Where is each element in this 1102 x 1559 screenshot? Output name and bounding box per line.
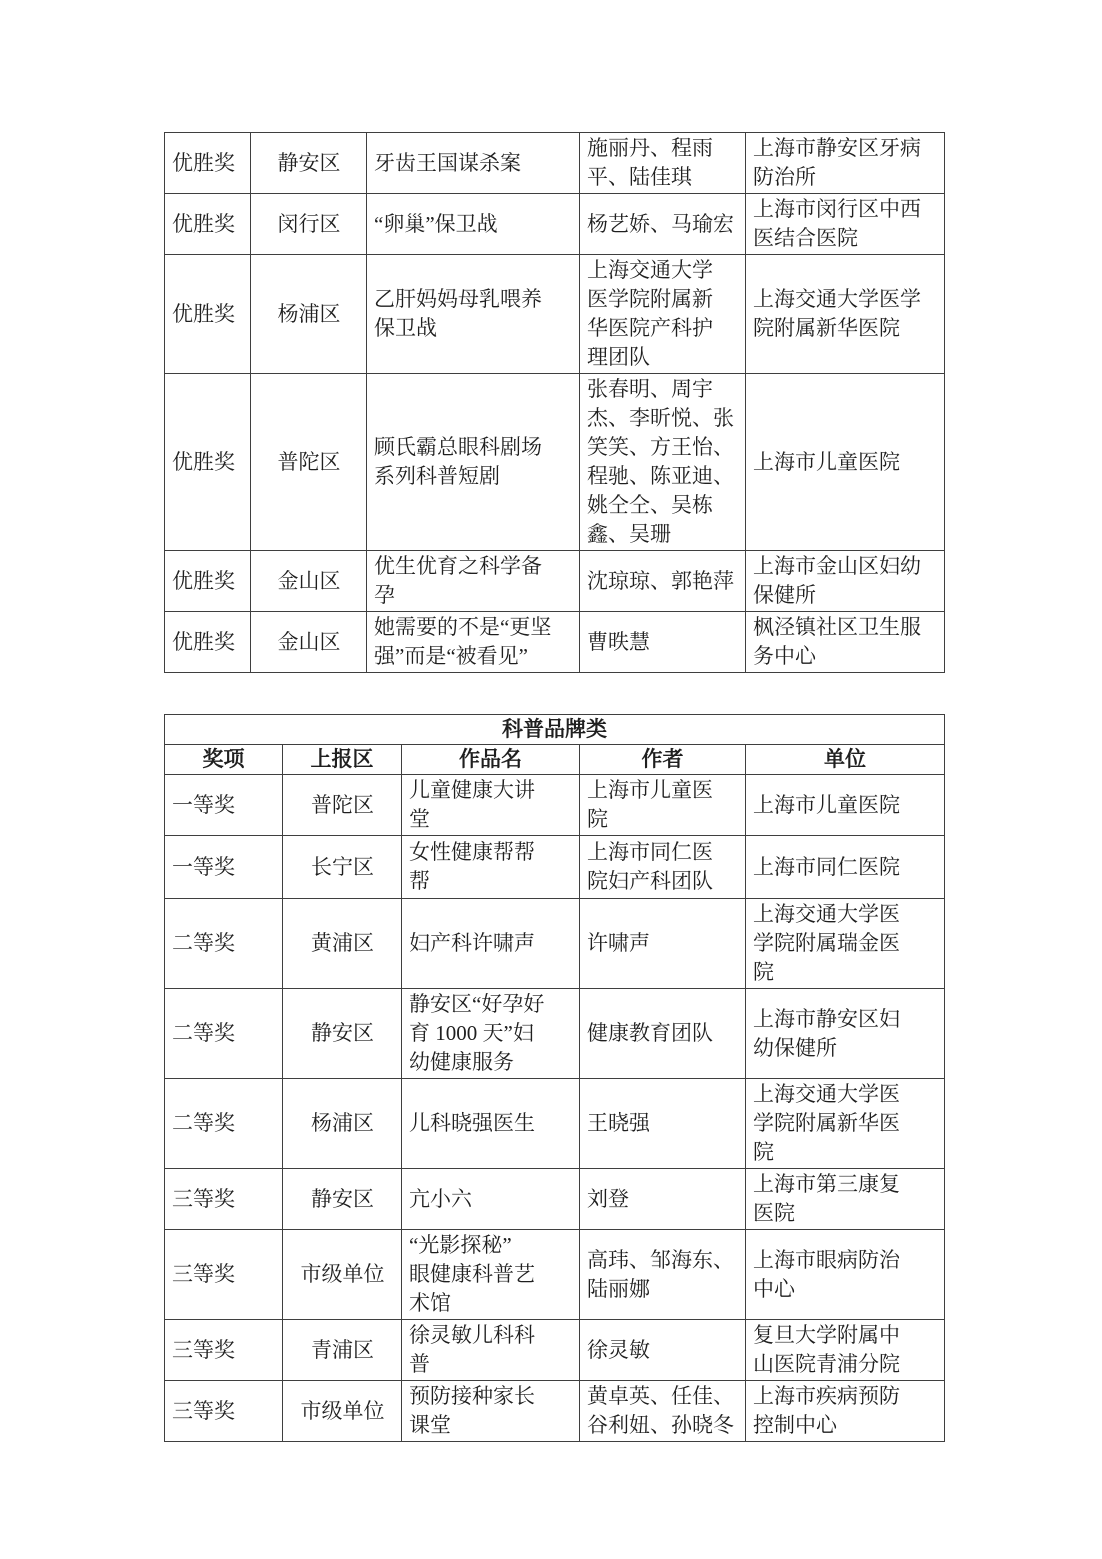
district-cell: 静安区 xyxy=(283,989,402,1079)
column-header-unit: 单位 xyxy=(746,745,945,775)
authors-cell: 杨艺娇、马瑜宏 xyxy=(580,194,746,255)
district-cell: 市级单位 xyxy=(283,1381,402,1442)
table-row: 三等奖市级单位“光影探秘” 眼健康科普艺 术馆高玮、邹海东、 陆丽娜上海市眼病防… xyxy=(165,1230,945,1320)
work-cell: 徐灵敏儿科科 普 xyxy=(402,1320,580,1381)
district-cell: 金山区 xyxy=(251,551,367,612)
authors-cell: 上海市同仁医 院妇产科团队 xyxy=(580,836,746,899)
unit-cell: 上海市疾病预防 控制中心 xyxy=(746,1381,945,1442)
unit-cell: 上海市闵行区中西 医结合医院 xyxy=(746,194,945,255)
work-cell: 女性健康帮帮 帮 xyxy=(402,836,580,899)
award-cell: 优胜奖 xyxy=(165,551,251,612)
award-cell: 二等奖 xyxy=(165,899,283,989)
work-cell: 预防接种家长 课堂 xyxy=(402,1381,580,1442)
table-row: 三等奖市级单位预防接种家长 课堂黄卓英、任佳、 谷利妞、孙晓冬上海市疾病预防 控… xyxy=(165,1381,945,1442)
column-header-authors: 作者 xyxy=(580,745,746,775)
district-cell: 普陀区 xyxy=(251,374,367,551)
authors-cell: 徐灵敏 xyxy=(580,1320,746,1381)
column-header-award: 奖项 xyxy=(165,745,283,775)
authors-cell: 施丽丹、程雨 平、陆佳琪 xyxy=(580,133,746,194)
award-cell: 三等奖 xyxy=(165,1381,283,1442)
work-cell: 优生优育之科学备 孕 xyxy=(367,551,580,612)
district-cell: 金山区 xyxy=(251,612,367,673)
district-cell: 普陀区 xyxy=(283,775,402,836)
table-row: 优胜奖普陀区顾氏霸总眼科剧场 系列科普短剧张春明、周宇 杰、李昕悦、张 笑笑、方… xyxy=(165,374,945,551)
authors-cell: 上海市儿童医 院 xyxy=(580,775,746,836)
work-cell: “卵巢”保卫战 xyxy=(367,194,580,255)
district-cell: 市级单位 xyxy=(283,1230,402,1320)
authors-cell: 王晓强 xyxy=(580,1079,746,1169)
table-row: 优胜奖杨浦区乙肝妈妈母乳喂养 保卫战上海交通大学 医学院附属新 华医院产科护 理… xyxy=(165,255,945,374)
work-cell: 儿科晓强医生 xyxy=(402,1079,580,1169)
table-header-row: 奖项 上报区 作品名 作者 单位 xyxy=(165,745,945,775)
district-cell: 杨浦区 xyxy=(283,1079,402,1169)
table-row: 优胜奖金山区她需要的不是“更坚 强”而是“被看见”曹昳慧枫泾镇社区卫生服 务中心 xyxy=(165,612,945,673)
unit-cell: 上海交通大学医 学院附属瑞金医 院 xyxy=(746,899,945,989)
award-cell: 优胜奖 xyxy=(165,133,251,194)
award-cell: 优胜奖 xyxy=(165,374,251,551)
unit-cell: 上海交通大学医学 院附属新华医院 xyxy=(746,255,945,374)
award-cell: 优胜奖 xyxy=(165,194,251,255)
work-cell: 亢小六 xyxy=(402,1169,580,1230)
work-cell: 牙齿王国谋杀案 xyxy=(367,133,580,194)
authors-cell: 上海交通大学 医学院附属新 华医院产科护 理团队 xyxy=(580,255,746,374)
award-cell: 三等奖 xyxy=(165,1230,283,1320)
unit-cell: 枫泾镇社区卫生服 务中心 xyxy=(746,612,945,673)
unit-cell: 上海市儿童医院 xyxy=(746,374,945,551)
table-title: 科普品牌类 xyxy=(165,715,945,745)
unit-cell: 上海市眼病防治 中心 xyxy=(746,1230,945,1320)
unit-cell: 上海市金山区妇幼 保健所 xyxy=(746,551,945,612)
district-cell: 青浦区 xyxy=(283,1320,402,1381)
authors-cell: 刘登 xyxy=(580,1169,746,1230)
unit-cell: 复旦大学附属中 山医院青浦分院 xyxy=(746,1320,945,1381)
award-cell: 一等奖 xyxy=(165,836,283,899)
unit-cell: 上海市静安区妇 幼保健所 xyxy=(746,989,945,1079)
column-header-district: 上报区 xyxy=(283,745,402,775)
award-cell: 二等奖 xyxy=(165,1079,283,1169)
work-cell: 妇产科许啸声 xyxy=(402,899,580,989)
document-page: 优胜奖静安区牙齿王国谋杀案施丽丹、程雨 平、陆佳琪上海市静安区牙病 防治所优胜奖… xyxy=(0,0,1102,1559)
award-cell: 三等奖 xyxy=(165,1169,283,1230)
table-row: 一等奖普陀区儿童健康大讲 堂上海市儿童医 院上海市儿童医院 xyxy=(165,775,945,836)
table-row: 一等奖长宁区女性健康帮帮 帮上海市同仁医 院妇产科团队上海市同仁医院 xyxy=(165,836,945,899)
authors-cell: 黄卓英、任佳、 谷利妞、孙晓冬 xyxy=(580,1381,746,1442)
district-cell: 黄浦区 xyxy=(283,899,402,989)
column-header-work: 作品名 xyxy=(402,745,580,775)
work-cell: 她需要的不是“更坚 强”而是“被看见” xyxy=(367,612,580,673)
awards-table-brand-category: 科普品牌类 奖项 上报区 作品名 作者 单位 一等奖普陀区儿童健康大讲 堂上海市… xyxy=(164,714,945,1442)
unit-cell: 上海交通大学医 学院附属新华医 院 xyxy=(746,1079,945,1169)
awards-table-winners: 优胜奖静安区牙齿王国谋杀案施丽丹、程雨 平、陆佳琪上海市静安区牙病 防治所优胜奖… xyxy=(164,132,945,673)
authors-cell: 健康教育团队 xyxy=(580,989,746,1079)
authors-cell: 曹昳慧 xyxy=(580,612,746,673)
award-cell: 一等奖 xyxy=(165,775,283,836)
district-cell: 杨浦区 xyxy=(251,255,367,374)
work-cell: “光影探秘” 眼健康科普艺 术馆 xyxy=(402,1230,580,1320)
work-cell: 静安区“好孕好 育 1000 天”妇 幼健康服务 xyxy=(402,989,580,1079)
unit-cell: 上海市第三康复 医院 xyxy=(746,1169,945,1230)
authors-cell: 沈琼琼、郭艳萍 xyxy=(580,551,746,612)
award-cell: 三等奖 xyxy=(165,1320,283,1381)
unit-cell: 上海市儿童医院 xyxy=(746,775,945,836)
table-row: 二等奖静安区静安区“好孕好 育 1000 天”妇 幼健康服务健康教育团队上海市静… xyxy=(165,989,945,1079)
table-row: 优胜奖金山区优生优育之科学备 孕沈琼琼、郭艳萍上海市金山区妇幼 保健所 xyxy=(165,551,945,612)
table-row: 三等奖静安区亢小六刘登上海市第三康复 医院 xyxy=(165,1169,945,1230)
work-cell: 顾氏霸总眼科剧场 系列科普短剧 xyxy=(367,374,580,551)
award-cell: 优胜奖 xyxy=(165,255,251,374)
table-row: 优胜奖静安区牙齿王国谋杀案施丽丹、程雨 平、陆佳琪上海市静安区牙病 防治所 xyxy=(165,133,945,194)
work-cell: 儿童健康大讲 堂 xyxy=(402,775,580,836)
table-row: 优胜奖闵行区“卵巢”保卫战杨艺娇、马瑜宏上海市闵行区中西 医结合医院 xyxy=(165,194,945,255)
district-cell: 闵行区 xyxy=(251,194,367,255)
table-row: 二等奖黄浦区妇产科许啸声许啸声上海交通大学医 学院附属瑞金医 院 xyxy=(165,899,945,989)
table-title-row: 科普品牌类 xyxy=(165,715,945,745)
authors-cell: 许啸声 xyxy=(580,899,746,989)
district-cell: 长宁区 xyxy=(283,836,402,899)
work-cell: 乙肝妈妈母乳喂养 保卫战 xyxy=(367,255,580,374)
award-cell: 二等奖 xyxy=(165,989,283,1079)
unit-cell: 上海市同仁医院 xyxy=(746,836,945,899)
district-cell: 静安区 xyxy=(251,133,367,194)
unit-cell: 上海市静安区牙病 防治所 xyxy=(746,133,945,194)
award-cell: 优胜奖 xyxy=(165,612,251,673)
authors-cell: 高玮、邹海东、 陆丽娜 xyxy=(580,1230,746,1320)
district-cell: 静安区 xyxy=(283,1169,402,1230)
table-row: 二等奖杨浦区儿科晓强医生王晓强上海交通大学医 学院附属新华医 院 xyxy=(165,1079,945,1169)
authors-cell: 张春明、周宇 杰、李昕悦、张 笑笑、方王怡、 程驰、陈亚迪、 姚仝仝、吴栋 鑫、… xyxy=(580,374,746,551)
table-row: 三等奖青浦区徐灵敏儿科科 普徐灵敏复旦大学附属中 山医院青浦分院 xyxy=(165,1320,945,1381)
